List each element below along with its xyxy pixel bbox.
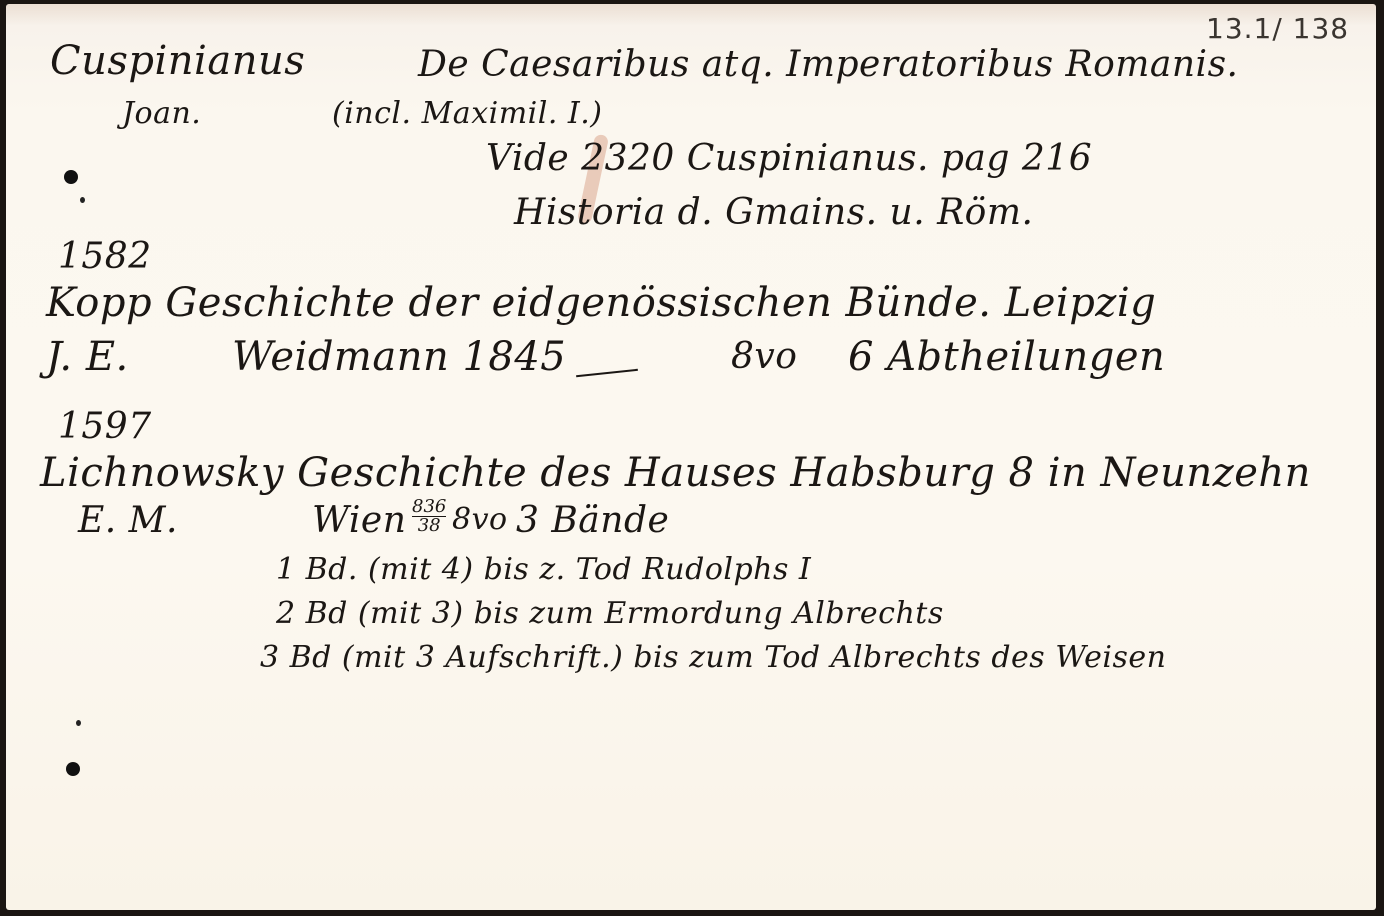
entry-year-1597: 1597 bbox=[58, 406, 152, 447]
shelfmark: 13.1/ 138 bbox=[1206, 12, 1349, 45]
volume-note-1: 1 Bd. (mit 4) bis z. Tod Rudolphs I bbox=[276, 552, 811, 587]
inclusion-note: (incl. Maximil. I.) bbox=[332, 96, 603, 131]
author-name: Cuspinianus bbox=[50, 38, 305, 84]
work-title: De Caesaribus atq. Imperatoribus Romanis… bbox=[418, 44, 1238, 85]
ink-dot-lower bbox=[76, 720, 81, 726]
catalog-card: 13.1/ 138 Cuspinianus De Caesaribus atq.… bbox=[6, 4, 1376, 910]
entry-1582-line1: Kopp Geschichte der eidgenössischen Bünd… bbox=[46, 280, 1156, 326]
entry-1597-initials: E. M. bbox=[78, 500, 178, 541]
year-underline bbox=[576, 369, 638, 377]
punch-hole-top bbox=[64, 170, 78, 184]
author-first-name: Joan. bbox=[122, 96, 201, 131]
vide-note: Historia d. Gmains. u. Röm. bbox=[514, 192, 1033, 233]
entry-1597-volumes: 3 Bände bbox=[516, 500, 669, 541]
entry-1582-format: 8vo bbox=[731, 336, 797, 377]
entry-1582-initials: J. E. bbox=[46, 334, 129, 380]
vide-reference: Vide 2320 Cuspinianus. pag 216 bbox=[486, 138, 1092, 179]
volume-note-2: 2 Bd (mit 3) bis zum Ermordung Albrechts bbox=[276, 596, 944, 631]
entry-1597-place: Wien bbox=[312, 500, 406, 541]
entry-1597-format: 8vo bbox=[452, 502, 508, 537]
entry-1597-line1: Lichnowsky Geschichte des Hauses Habsbur… bbox=[40, 450, 1311, 496]
entry-1582-publisher-year: Weidmann 1845 bbox=[232, 334, 566, 380]
entry-1597-year-fraction: 836 38 bbox=[412, 498, 446, 535]
volume-note-3: 3 Bd (mit 3 Aufschrift.) bis zum Tod Alb… bbox=[260, 640, 1166, 675]
ink-dot bbox=[80, 197, 85, 203]
entry-1582-volumes: 6 Abtheilungen bbox=[848, 334, 1165, 380]
punch-hole-bottom bbox=[66, 762, 80, 776]
entry-year-1582: 1582 bbox=[58, 236, 152, 277]
